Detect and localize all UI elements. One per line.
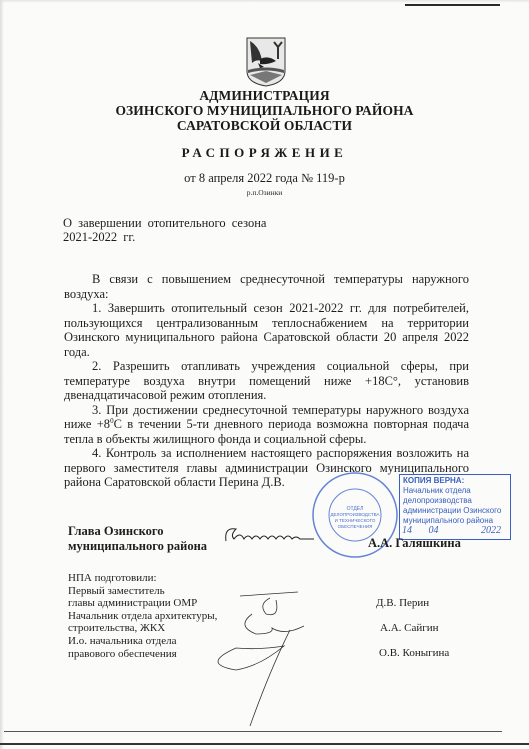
prepared-line-4: строительства, ЖКХ [68,622,217,635]
signature-scribble-icon [200,590,330,730]
stamp-date-day: 14 [402,525,412,536]
prepared-line-2: главы администрации ОМР [68,597,217,610]
document-subject: О завершении отопительного сезона 2021-2… [63,216,266,244]
stamp-line-2: делопроизводства [403,496,507,506]
prepared-label: НПА подготовили: [68,572,217,585]
signatory-position-line-1: Глава Озинского [68,524,207,539]
coat-of-arms-icon [246,37,286,87]
prepared-line-6: правового обеспечения [68,648,217,661]
stamp-line-3: администрации Озинского [403,506,507,516]
subject-line-1: О завершении отопительного сезона [63,216,266,230]
svg-text:ОБЕСПЕЧЕНИЯ: ОБЕСПЕЧЕНИЯ [338,524,373,529]
body-item-2: 2. Разрешить отапливать учреждения социа… [64,359,469,403]
body-item-3: 3. При достижении среднесуточной темпера… [64,403,469,447]
svg-text:И ТЕХНИЧЕСКОГО: И ТЕХНИЧЕСКОГО [335,518,376,523]
body-intro: В связи с повышением среднесуточной темп… [64,272,469,301]
document-date: от 8 апреля 2022 года № 119-р [0,171,529,186]
scan-mark [405,4,500,6]
signatory-position-line-2: муниципального района [68,539,207,554]
body-item-1: 1. Завершить отопительный сезон 2021-202… [64,301,469,359]
document-place: р.п.Озинки [0,188,529,197]
scan-edge-bottom [0,743,529,745]
prepared-line-3: Начальник отдела архитектуры, [68,610,217,623]
subject-line-2: 2021-2022 гг. [63,230,266,244]
organization-header: АДМИНИСТРАЦИЯ ОЗИНСКОГО МУНИЦИПАЛЬНОГО Р… [0,88,529,133]
stamp-date: 14 04 2022 [402,525,512,536]
prepared-line-1: Первый заместитель [68,585,217,598]
prepared-name-2: А.А. Сайгин [380,622,439,634]
header-line-1: АДМИНИСТРАЦИЯ [0,88,529,103]
signatory-name: А.А. Галяшкина [368,536,461,551]
scan-edge [0,0,529,3]
document-body: В связи с повышением среднесуточной темп… [64,272,469,490]
stamp-header: КОПИЯ ВЕРНА: [403,476,507,486]
signatory-position: Глава Озинского муниципального района [68,524,207,554]
document-title: РАСПОРЯЖЕНИЕ [0,145,529,161]
prepared-name-1: Д.В. Перин [376,597,429,609]
prepared-name-3: О.В. Коныгина [379,647,449,659]
stamp-date-year: 2022 [481,525,501,536]
stamp-date-month: 04 [429,525,439,536]
document-page: АДМИНИСТРАЦИЯ ОЗИНСКОГО МУНИЦИПАЛЬНОГО Р… [0,0,529,749]
prepared-line-5: И.о. начальника отдела [68,635,217,648]
item3-post: С в течении 5-ти дневного периода возмож… [64,417,469,446]
svg-text:ДЕЛОПРОИЗВОДСТВА: ДЕЛОПРОИЗВОДСТВА [330,512,379,517]
header-line-3: САРАТОВСКОЙ ОБЛАСТИ [0,118,529,133]
prepared-by-block: НПА подготовили: Первый заместитель глав… [68,572,217,660]
header-line-2: ОЗИНСКОГО МУНИЦИПАЛЬНОГО РАЙОНА [0,103,529,118]
bottom-rule [4,731,502,732]
stamp-line-1: Начальник отдела [403,486,507,496]
signature-icon [222,523,317,545]
